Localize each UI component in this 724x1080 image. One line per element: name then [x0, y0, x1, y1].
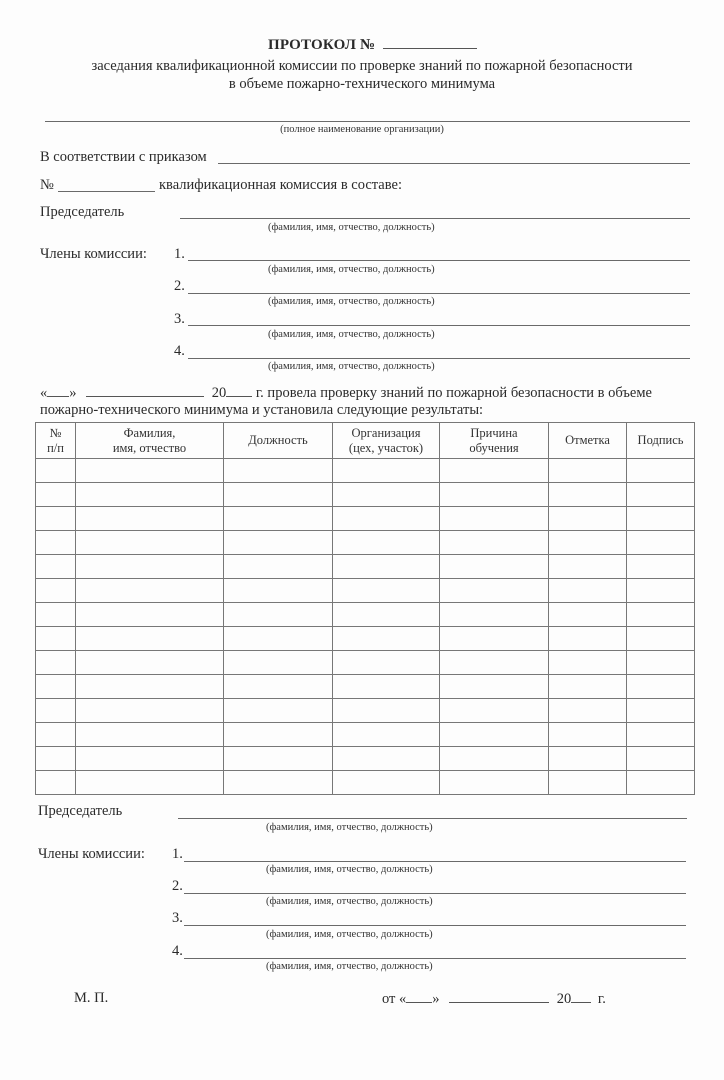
- table-cell[interactable]: [36, 459, 76, 483]
- table-cell[interactable]: [36, 675, 76, 699]
- month-field[interactable]: [86, 384, 204, 397]
- table-cell[interactable]: [224, 507, 333, 531]
- table-cell[interactable]: [36, 507, 76, 531]
- table-cell[interactable]: [627, 627, 695, 651]
- table-cell[interactable]: [440, 555, 549, 579]
- table-cell[interactable]: [549, 771, 627, 795]
- table-cell[interactable]: [440, 579, 549, 603]
- subtitle-line1: заседания квалификационной комиссии по п…: [0, 58, 724, 75]
- member-number-top: 4.: [174, 343, 185, 360]
- member-field-bottom-3[interactable]: [184, 925, 686, 926]
- table-cell[interactable]: [76, 555, 224, 579]
- member-field-top-2[interactable]: [188, 293, 690, 294]
- table-cell[interactable]: [440, 531, 549, 555]
- title-text: ПРОТОКОЛ №: [268, 37, 375, 53]
- table-cell[interactable]: [627, 699, 695, 723]
- member-number-top: 1.: [174, 246, 185, 263]
- open-quote: «: [40, 385, 47, 401]
- table-cell[interactable]: [76, 627, 224, 651]
- day-field[interactable]: [47, 384, 69, 397]
- table-cell[interactable]: [36, 531, 76, 555]
- number-sign: №: [40, 177, 54, 194]
- table-cell[interactable]: [76, 483, 224, 507]
- table-cell[interactable]: [76, 603, 224, 627]
- column-header-line2: имя, отчество: [76, 441, 223, 456]
- member-caption-top: (фамилия, имя, отчество, должность): [268, 264, 435, 275]
- footer-date: от «» 20 г.: [382, 990, 606, 1008]
- column-header: №п/п: [36, 423, 76, 459]
- table-body: [36, 459, 695, 795]
- table-cell[interactable]: [224, 651, 333, 675]
- members-label-bottom: Члены комиссии:: [38, 846, 145, 863]
- table-cell[interactable]: [76, 459, 224, 483]
- table-cell[interactable]: [549, 627, 627, 651]
- statement-line1: «» 20 г. провела проверку знаний по пожа…: [40, 384, 652, 402]
- table-row: [36, 459, 695, 483]
- chairman-label-bottom: Председатель: [38, 803, 122, 820]
- footer-month-field[interactable]: [449, 990, 549, 1003]
- table-cell[interactable]: [440, 627, 549, 651]
- table-row: [36, 675, 695, 699]
- table-cell[interactable]: [627, 459, 695, 483]
- table-cell[interactable]: [333, 627, 440, 651]
- footer-year-suffix: г.: [598, 991, 606, 1007]
- table-cell[interactable]: [36, 627, 76, 651]
- table-cell[interactable]: [36, 699, 76, 723]
- table-cell[interactable]: [224, 531, 333, 555]
- column-header-line1: Подпись: [627, 433, 694, 448]
- results-table: №п/пФамилия,имя, отчествоДолжностьОргани…: [35, 422, 695, 795]
- member-caption-top: (фамилия, имя, отчество, должность): [268, 329, 435, 340]
- table-cell[interactable]: [76, 723, 224, 747]
- date-prefix: от «: [382, 991, 406, 1007]
- table-row: [36, 531, 695, 555]
- table-cell[interactable]: [224, 723, 333, 747]
- table-cell[interactable]: [36, 771, 76, 795]
- table-row: [36, 483, 695, 507]
- member-caption-top: (фамилия, имя, отчество, должность): [268, 361, 435, 372]
- member-field-top-3[interactable]: [188, 325, 690, 326]
- members-label-top: Члены комиссии:: [40, 246, 147, 263]
- table-cell[interactable]: [224, 675, 333, 699]
- stamp-label: М. П.: [74, 990, 108, 1007]
- table-cell[interactable]: [627, 603, 695, 627]
- column-header-line1: Причина: [440, 426, 548, 441]
- table-cell[interactable]: [627, 771, 695, 795]
- table-cell[interactable]: [549, 531, 627, 555]
- table-cell[interactable]: [333, 531, 440, 555]
- member-number-top: 2.: [174, 278, 185, 295]
- column-header-line1: Организация: [333, 426, 439, 441]
- table-cell[interactable]: [76, 579, 224, 603]
- table-cell[interactable]: [76, 675, 224, 699]
- chairman-caption-top: (фамилия, имя, отчество, должность): [268, 222, 435, 233]
- order-label: В соответствии с приказом: [40, 149, 207, 166]
- table-cell[interactable]: [36, 579, 76, 603]
- table-cell[interactable]: [440, 603, 549, 627]
- table-cell[interactable]: [333, 483, 440, 507]
- table-cell[interactable]: [36, 603, 76, 627]
- table-cell[interactable]: [333, 747, 440, 771]
- table-cell[interactable]: [627, 723, 695, 747]
- table-cell[interactable]: [549, 699, 627, 723]
- subtitle-line2: в объеме пожарно-технического минимума: [0, 76, 724, 93]
- table-cell[interactable]: [224, 555, 333, 579]
- column-header: Отметка: [549, 423, 627, 459]
- table-cell[interactable]: [333, 579, 440, 603]
- table-cell[interactable]: [440, 747, 549, 771]
- member-caption-bottom: (фамилия, имя, отчество, должность): [266, 961, 433, 972]
- member-field-bottom-2[interactable]: [184, 893, 686, 894]
- table-cell[interactable]: [549, 507, 627, 531]
- column-header-line2: (цех, участок): [333, 441, 439, 456]
- table-cell[interactable]: [627, 747, 695, 771]
- table-row: [36, 651, 695, 675]
- column-header-line1: Отметка: [549, 433, 626, 448]
- table-cell[interactable]: [224, 699, 333, 723]
- member-field-bottom-4[interactable]: [184, 958, 686, 959]
- table-cell[interactable]: [549, 747, 627, 771]
- table-row: [36, 555, 695, 579]
- member-number-bottom: 2.: [172, 878, 183, 895]
- table-cell[interactable]: [440, 459, 549, 483]
- document-title: ПРОТОКОЛ №: [268, 36, 477, 54]
- table-cell[interactable]: [36, 747, 76, 771]
- table-cell[interactable]: [36, 723, 76, 747]
- member-number-top: 3.: [174, 311, 185, 328]
- table-cell[interactable]: [333, 771, 440, 795]
- table-cell[interactable]: [333, 555, 440, 579]
- column-header-line1: Должность: [224, 433, 332, 448]
- footer-day-field[interactable]: [406, 990, 432, 1003]
- table-cell[interactable]: [333, 459, 440, 483]
- member-field-top-1[interactable]: [188, 260, 690, 261]
- organization-caption: (полное наименование организации): [0, 124, 724, 135]
- table-row: [36, 579, 695, 603]
- chairman-field-bottom[interactable]: [178, 818, 687, 819]
- column-header: Должность: [224, 423, 333, 459]
- table-cell[interactable]: [627, 555, 695, 579]
- table-cell[interactable]: [549, 675, 627, 699]
- statement-rest: г. провела проверку знаний по пожарной б…: [256, 385, 652, 401]
- column-header-line2: обучения: [440, 441, 548, 456]
- chairman-field-top[interactable]: [180, 218, 690, 219]
- member-number-bottom: 4.: [172, 943, 183, 960]
- table-cell[interactable]: [440, 651, 549, 675]
- table-cell[interactable]: [333, 675, 440, 699]
- table-cell[interactable]: [36, 555, 76, 579]
- footer-year-field[interactable]: [571, 990, 591, 1003]
- table-cell[interactable]: [224, 603, 333, 627]
- table-cell[interactable]: [627, 483, 695, 507]
- table-cell[interactable]: [224, 771, 333, 795]
- member-caption-bottom: (фамилия, имя, отчество, должность): [266, 929, 433, 940]
- table-cell[interactable]: [549, 579, 627, 603]
- column-header-line1: Фамилия,: [76, 426, 223, 441]
- column-header: Подпись: [627, 423, 695, 459]
- column-header-line2: п/п: [36, 441, 75, 456]
- organization-name-field[interactable]: [45, 121, 690, 122]
- member-caption-bottom: (фамилия, имя, отчество, должность): [266, 896, 433, 907]
- table-cell[interactable]: [76, 507, 224, 531]
- year-prefix: 20: [212, 385, 227, 401]
- order-field[interactable]: [218, 163, 690, 164]
- table-cell[interactable]: [440, 699, 549, 723]
- table-cell[interactable]: [440, 507, 549, 531]
- table-cell[interactable]: [440, 723, 549, 747]
- table-cell[interactable]: [333, 699, 440, 723]
- table-cell[interactable]: [76, 651, 224, 675]
- column-header: Причинаобучения: [440, 423, 549, 459]
- table-cell[interactable]: [36, 651, 76, 675]
- table-row: [36, 507, 695, 531]
- table-cell[interactable]: [549, 651, 627, 675]
- table-row: [36, 747, 695, 771]
- table-cell[interactable]: [440, 771, 549, 795]
- year-field[interactable]: [226, 384, 252, 397]
- table-cell[interactable]: [76, 747, 224, 771]
- table-cell[interactable]: [549, 459, 627, 483]
- commission-text: квалификационная комиссия в составе:: [159, 177, 402, 194]
- member-caption-bottom: (фамилия, имя, отчество, должность): [266, 864, 433, 875]
- table-cell[interactable]: [549, 483, 627, 507]
- chairman-label-top: Председатель: [40, 204, 124, 221]
- table-cell[interactable]: [224, 579, 333, 603]
- table-cell[interactable]: [333, 651, 440, 675]
- member-number-bottom: 3.: [172, 910, 183, 927]
- table-cell[interactable]: [549, 723, 627, 747]
- table-cell[interactable]: [36, 483, 76, 507]
- table-cell[interactable]: [76, 531, 224, 555]
- table-cell[interactable]: [224, 483, 333, 507]
- table-row: [36, 723, 695, 747]
- table-row: [36, 627, 695, 651]
- footer-year-prefix: 20: [557, 991, 572, 1007]
- table-row: [36, 771, 695, 795]
- table-cell[interactable]: [440, 675, 549, 699]
- member-field-bottom-1[interactable]: [184, 861, 686, 862]
- table-row: [36, 699, 695, 723]
- table-cell[interactable]: [549, 603, 627, 627]
- order-number-field[interactable]: [58, 191, 155, 192]
- table-cell[interactable]: [627, 531, 695, 555]
- table-cell[interactable]: [333, 507, 440, 531]
- column-header-line1: №: [36, 426, 75, 441]
- column-header: Фамилия,имя, отчество: [76, 423, 224, 459]
- statement-line2: пожарно-технического минимума и установи…: [40, 402, 483, 419]
- table-cell[interactable]: [440, 483, 549, 507]
- table-cell[interactable]: [627, 507, 695, 531]
- table-cell[interactable]: [627, 651, 695, 675]
- table-row: [36, 603, 695, 627]
- table-cell[interactable]: [627, 675, 695, 699]
- table-cell[interactable]: [549, 555, 627, 579]
- protocol-number-field[interactable]: [383, 36, 477, 49]
- member-field-top-4[interactable]: [188, 358, 690, 359]
- table-cell[interactable]: [627, 579, 695, 603]
- table-cell[interactable]: [333, 723, 440, 747]
- table-cell[interactable]: [224, 627, 333, 651]
- table-cell[interactable]: [76, 771, 224, 795]
- table-header-row: №п/пФамилия,имя, отчествоДолжностьОргани…: [36, 423, 695, 459]
- member-caption-top: (фамилия, имя, отчество, должность): [268, 296, 435, 307]
- close-quote: »: [69, 385, 76, 401]
- table-cell[interactable]: [224, 459, 333, 483]
- table-cell[interactable]: [224, 747, 333, 771]
- column-header: Организация(цех, участок): [333, 423, 440, 459]
- member-number-bottom: 1.: [172, 846, 183, 863]
- table-cell[interactable]: [76, 699, 224, 723]
- chairman-caption-bottom: (фамилия, имя, отчество, должность): [266, 822, 433, 833]
- table-cell[interactable]: [333, 603, 440, 627]
- date-quote-close: »: [432, 991, 439, 1007]
